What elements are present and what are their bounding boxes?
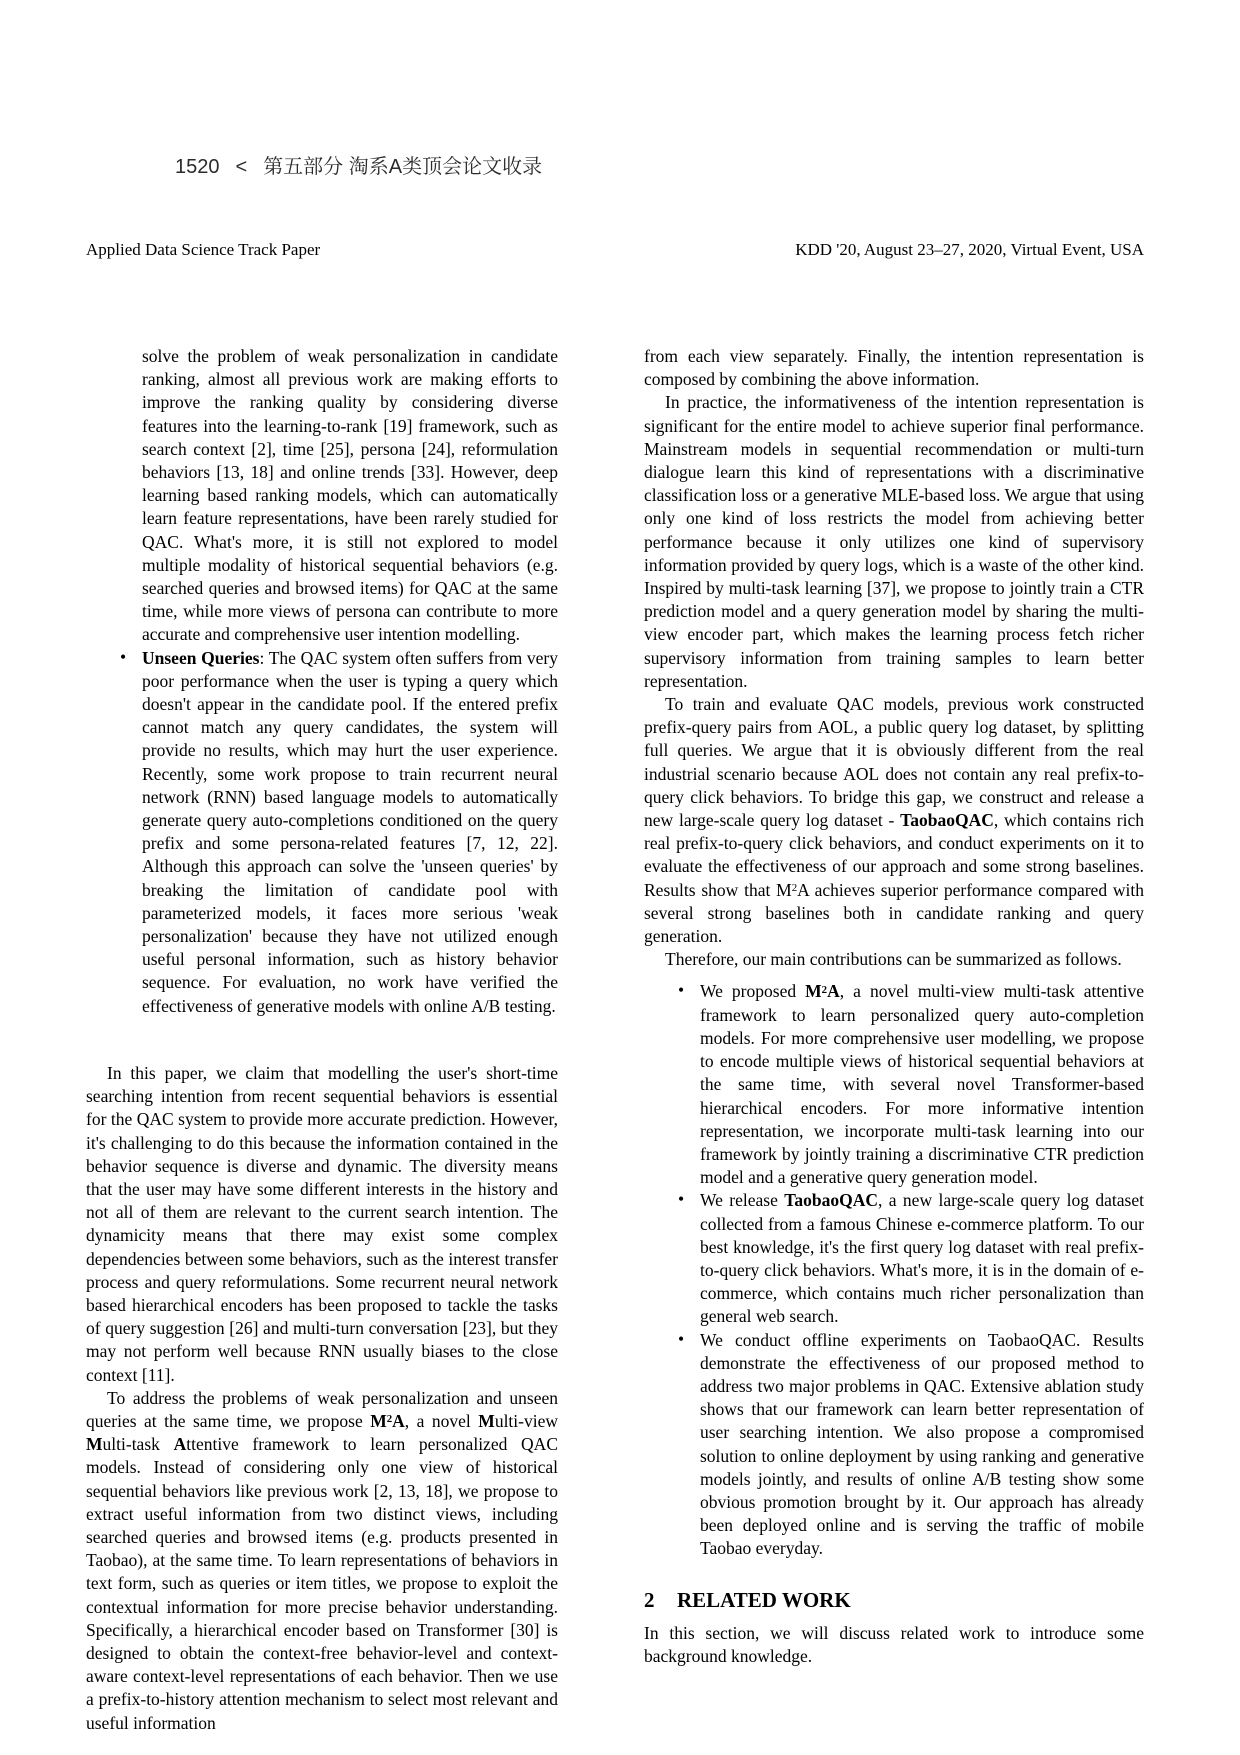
paper-body: solve the problem of weak personalizatio… xyxy=(86,345,1144,1735)
text-content: We conduct offline experiments on Taobao… xyxy=(700,1330,1144,1559)
bullet-item-continuation: solve the problem of weak personalizatio… xyxy=(86,345,558,647)
bullet-marker-icon: • xyxy=(678,979,684,1002)
text-content: In this section, we will discuss related… xyxy=(644,1623,1144,1666)
text-content: In practice, the informativeness of the … xyxy=(644,392,1144,690)
text-content: In this paper, we claim that modelling t… xyxy=(86,1063,558,1385)
left-column: solve the problem of weak personalizatio… xyxy=(86,345,558,1735)
text-content: solve the problem of weak personalizatio… xyxy=(142,346,558,644)
paragraph: Therefore, our main contributions can be… xyxy=(644,948,1144,971)
paragraph: In this section, we will discuss related… xyxy=(644,1622,1144,1668)
section-title: RELATED WORK xyxy=(677,1588,851,1612)
text-content: We release TaobaoQAC, a new large-scale … xyxy=(700,1190,1144,1326)
right-column: from each view separately. Finally, the … xyxy=(644,345,1144,1735)
running-header: Applied Data Science Track Paper KDD '20… xyxy=(86,240,1144,260)
paragraph: In practice, the informativeness of the … xyxy=(644,391,1144,693)
book-chapter-title: 第五部分 淘系A类顶会论文收录 xyxy=(263,156,542,178)
book-page-number: 1520 xyxy=(175,156,220,178)
text-content: To train and evaluate QAC models, previo… xyxy=(644,694,1144,946)
section-heading-related-work: 2RELATED WORK xyxy=(644,1585,1144,1615)
text-content: from each view separately. Finally, the … xyxy=(644,346,1144,389)
running-header-track: Applied Data Science Track Paper xyxy=(86,240,320,260)
text-content: We proposed M2A, a novel multi-view mult… xyxy=(700,981,1144,1187)
bullet-item-unseen-queries: •Unseen Queries: The QAC system often su… xyxy=(86,647,558,1018)
bullet-marker-icon: • xyxy=(678,1188,684,1211)
paragraph: In this paper, we claim that modelling t… xyxy=(86,1062,558,1387)
section-number: 2 xyxy=(644,1585,677,1615)
bullet-item-contribution-framework: •We proposed M2A, a novel multi-view mul… xyxy=(644,980,1144,1189)
text-content: Unseen Queries: The QAC system often suf… xyxy=(142,648,558,1016)
header-separator: < xyxy=(236,156,248,178)
bullet-item-contribution-dataset: •We release TaobaoQAC, a new large-scale… xyxy=(644,1189,1144,1328)
bullet-marker-icon: • xyxy=(120,646,126,669)
paragraph: To address the problems of weak personal… xyxy=(86,1387,558,1735)
paragraph: from each view separately. Finally, the … xyxy=(644,345,1144,391)
text-content: Therefore, our main contributions can be… xyxy=(665,949,1122,969)
running-header-conference: KDD '20, August 23–27, 2020, Virtual Eve… xyxy=(795,240,1144,260)
book-page-header: 1520<第五部分 淘系A类顶会论文收录 xyxy=(175,150,542,179)
bullet-item-contribution-experiments: •We conduct offline experiments on Taoba… xyxy=(644,1329,1144,1561)
bullet-marker-icon: • xyxy=(678,1328,684,1351)
text-content: To address the problems of weak personal… xyxy=(86,1388,558,1733)
paragraph: To train and evaluate QAC models, previo… xyxy=(644,693,1144,948)
